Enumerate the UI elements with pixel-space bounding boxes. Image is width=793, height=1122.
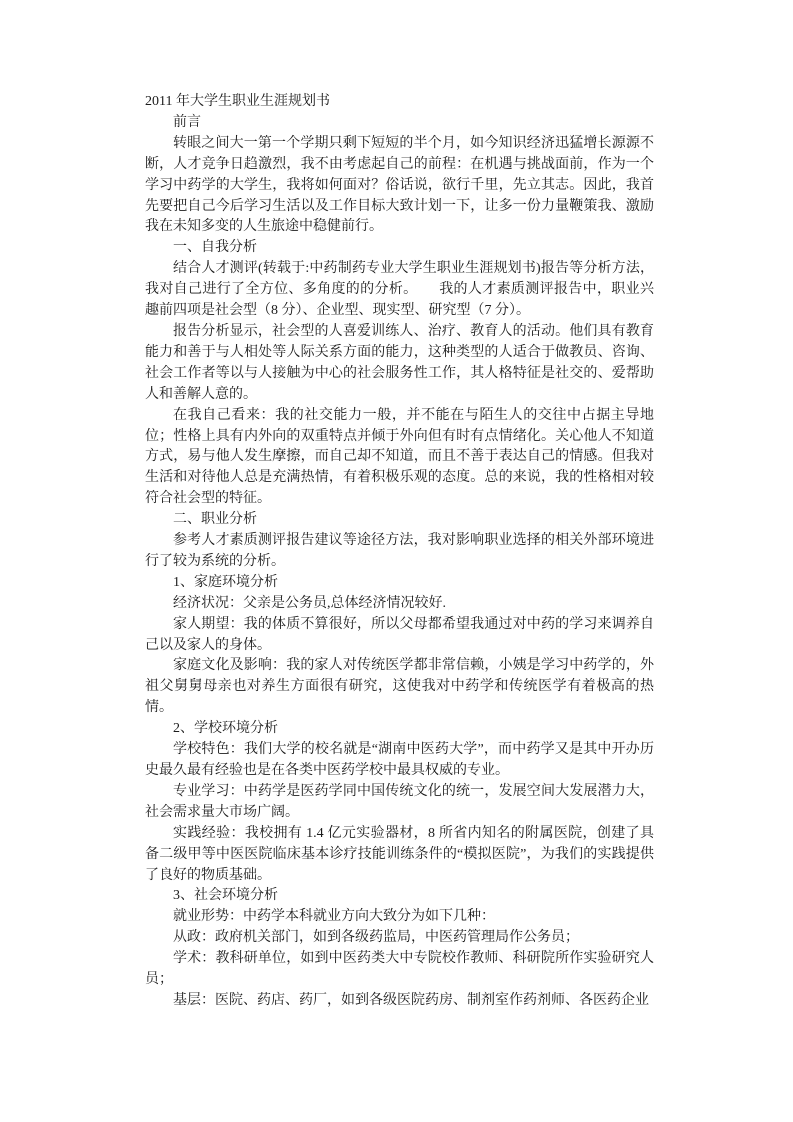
doc-paragraph: 参考人才素质测评报告建议等途径方法，我对影响职业选择的相关外部环境进行了较为系统… — [145, 531, 654, 573]
doc-heading: 2、学校环境分析 — [145, 719, 654, 740]
doc-paragraph: 经济状况：父亲是公务员,总体经济情况较好. — [145, 594, 654, 615]
document-page: 2011 年大学生职业生涯规划书前言转眼之间大一第一个学期只剩下短短的半个月，如… — [0, 0, 793, 1122]
doc-heading: 1、家庭环境分析 — [145, 573, 654, 594]
doc-paragraph: 专业学习：中药学是医药学同中国传统文化的统一，发展空间大发展潜力大，社会需求量大… — [145, 782, 654, 824]
doc-paragraph: 学校特色：我们大学的校名就是“湖南中医药大学”，而中药学又是其中开办历史最久最有… — [145, 740, 654, 782]
doc-paragraph: 基层：医院、药店、药厂，如到各级医院药房、制剂室作药剂师、各医药企业 — [145, 991, 654, 1012]
doc-paragraph: 实践经验：我校拥有 1.4 亿元实验器材，8 所省内知名的附属医院，创建了具备二… — [145, 824, 654, 887]
doc-paragraph: 转眼之间大一第一个学期只剩下短短的半个月，如今知识经济迅猛增长源源不断，人才竞争… — [145, 134, 654, 239]
doc-paragraph: 结合人才测评(转载于:中药制药专业大学生职业生涯规划书)报告等分析方法，我对自己… — [145, 259, 654, 322]
doc-heading: 前言 — [145, 113, 654, 134]
doc-paragraph: 在我自己看来：我的社交能力一般，并不能在与陌生人的交往中占据主导地位；性格上具有… — [145, 406, 654, 511]
doc-heading: 一、自我分析 — [145, 238, 654, 259]
doc-paragraph: 就业形势：中药学本科就业方向大致分为如下几种： — [145, 907, 654, 928]
doc-heading: 二、职业分析 — [145, 510, 654, 531]
doc-paragraph: 家庭文化及影响：我的家人对传统医学都非常信赖，小姨是学习中药学的，外祖父舅舅母亲… — [145, 656, 654, 719]
doc-paragraph: 家人期望：我的体质不算很好，所以父母都希望我通过对中药的学习来调养自己以及家人的… — [145, 615, 654, 657]
document-body: 2011 年大学生职业生涯规划书前言转眼之间大一第一个学期只剩下短短的半个月，如… — [145, 92, 654, 1012]
doc-heading: 3、社会环境分析 — [145, 886, 654, 907]
doc-paragraph: 报告分析显示，社会型的人喜爱训练人、治疗、教育人的活动。他们具有教育能力和善于与… — [145, 322, 654, 406]
doc-paragraph: 学术：教科研单位，如到中医药类大中专院校作教师、科研院所作实验研究人员； — [145, 949, 654, 991]
doc-paragraph: 从政：政府机关部门，如到各级药监局，中医药管理局作公务员； — [145, 928, 654, 949]
doc-title: 2011 年大学生职业生涯规划书 — [145, 92, 654, 113]
